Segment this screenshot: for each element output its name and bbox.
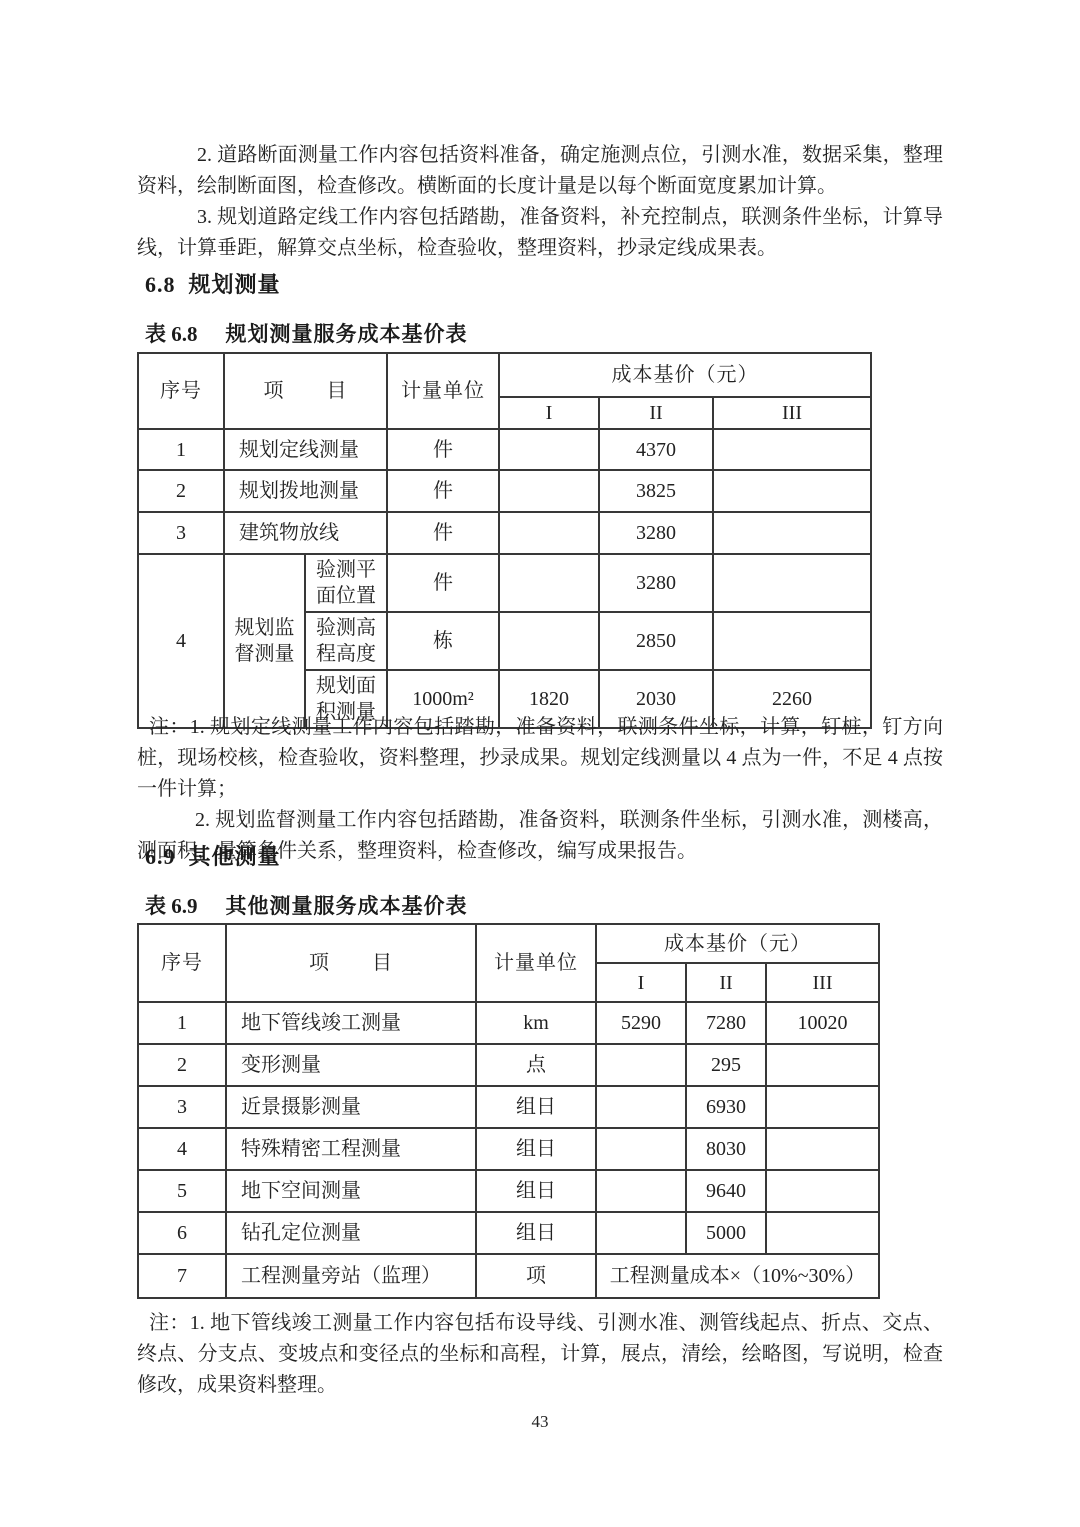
section-number: 6.8 xyxy=(145,272,176,297)
table-name: 规划测量服务成本基价表 xyxy=(226,322,468,346)
note-line: 注：1. 规划定线测量工作内容包括踏勘，准备资料，联测条件坐标，计算，钉桩，钉方… xyxy=(137,712,943,805)
table-6-9: 序号 项 目 计量单位 成本基价（元） I II III 1 地下管线竣工测量 … xyxy=(137,923,880,1299)
cell-seq: 7 xyxy=(138,1254,226,1298)
cell-grade3: 10020 xyxy=(766,1002,879,1044)
cell-grade1 xyxy=(596,1212,686,1254)
col-header-cost: 成本基价（元） xyxy=(596,924,879,963)
table-row: 5 地下空间测量 组日 9640 xyxy=(138,1170,879,1212)
col-header-grade2: II xyxy=(599,397,713,429)
cell-seq: 6 xyxy=(138,1212,226,1254)
table-row: 7 工程测量旁站（监理） 项 工程测量成本×（10%~30%） xyxy=(138,1254,879,1298)
cell-unit: 件 xyxy=(387,429,499,470)
cell-grade2: 3280 xyxy=(599,512,713,554)
table-row: 3 建筑物放线 件 3280 xyxy=(138,512,871,554)
table-6-9-caption: 表 6.9其他测量服务成本基价表 xyxy=(145,890,468,920)
cell-grade3 xyxy=(766,1086,879,1128)
cell-unit: 点 xyxy=(476,1044,596,1086)
cell-grade3 xyxy=(713,429,871,470)
cell-grade1 xyxy=(499,429,599,470)
table-label: 表 6.9 xyxy=(145,894,198,918)
cell-grade3 xyxy=(713,554,871,612)
cell-unit: 栋 xyxy=(387,612,499,670)
table-row: 1 规划定线测量 件 4370 xyxy=(138,429,871,470)
cell-seq: 4 xyxy=(138,1128,226,1170)
cell-grade2: 3280 xyxy=(599,554,713,612)
cell-grade1 xyxy=(596,1086,686,1128)
cell-unit: 件 xyxy=(387,470,499,512)
table-row: 2 规划拨地测量 件 3825 xyxy=(138,470,871,512)
col-header-unit: 计量单位 xyxy=(387,353,499,429)
cell-grade1 xyxy=(499,554,599,612)
cell-sub-item: 验测平面位置 xyxy=(305,554,387,612)
cell-item: 建筑物放线 xyxy=(224,512,387,554)
cell-group-item: 规划监督测量 xyxy=(224,554,305,728)
section-number: 6.9 xyxy=(145,844,176,869)
cell-grade2: 2850 xyxy=(599,612,713,670)
cell-grade3 xyxy=(766,1212,879,1254)
cell-unit: 组日 xyxy=(476,1086,596,1128)
note-line: 注：1. 地下管线竣工测量工作内容包括布设导线、引测水准、测管线起点、折点、交点… xyxy=(137,1308,943,1401)
cell-item: 规划拨地测量 xyxy=(224,470,387,512)
cell-unit: 组日 xyxy=(476,1128,596,1170)
cell-grade1 xyxy=(596,1170,686,1212)
cell-item: 特殊精密工程测量 xyxy=(226,1128,476,1170)
col-header-seq: 序号 xyxy=(138,353,224,429)
cell-grade2: 8030 xyxy=(686,1128,766,1170)
col-header-grade3: III xyxy=(766,963,879,1002)
cell-unit: 件 xyxy=(387,554,499,612)
table-row: 3 近景摄影测量 组日 6930 xyxy=(138,1086,879,1128)
cell-unit: km xyxy=(476,1002,596,1044)
cell-grade1: 5290 xyxy=(596,1002,686,1044)
cell-grade3 xyxy=(766,1128,879,1170)
cell-grade2: 4370 xyxy=(599,429,713,470)
page-number: 43 xyxy=(0,1412,1080,1432)
table-row: 1 地下管线竣工测量 km 5290 7280 10020 xyxy=(138,1002,879,1044)
table-6-8: 序号 项 目 计量单位 成本基价（元） I II III 1 规划定线测量 件 … xyxy=(137,352,872,729)
table-row: 序号 项 目 计量单位 成本基价（元） xyxy=(138,924,879,963)
cell-seq: 1 xyxy=(138,1002,226,1044)
cell-item: 地下空间测量 xyxy=(226,1170,476,1212)
cell-seq: 2 xyxy=(138,470,224,512)
table-row: 序号 项 目 计量单位 成本基价（元） xyxy=(138,353,871,397)
cell-grade3 xyxy=(766,1170,879,1212)
section-title: 其他测量 xyxy=(189,844,281,869)
table-label: 表 6.8 xyxy=(145,322,198,346)
col-header-seq: 序号 xyxy=(138,924,226,1002)
cell-cost-formula: 工程测量成本×（10%~30%） xyxy=(596,1254,879,1298)
cell-grade3 xyxy=(713,612,871,670)
cell-item: 规划定线测量 xyxy=(224,429,387,470)
cell-item: 工程测量旁站（监理） xyxy=(226,1254,476,1298)
cell-seq: 1 xyxy=(138,429,224,470)
cell-item: 变形测量 xyxy=(226,1044,476,1086)
intro-paragraph-3: 3. 规划道路定线工作内容包括踏勘，准备资料，补充控制点，联测条件坐标，计算导线… xyxy=(137,202,943,264)
cell-grade2: 7280 xyxy=(686,1002,766,1044)
cell-grade1 xyxy=(596,1128,686,1170)
cell-sub-item: 验测高程高度 xyxy=(305,612,387,670)
table-row: 4 规划监督测量 验测平面位置 件 3280 xyxy=(138,554,871,612)
cell-grade2: 5000 xyxy=(686,1212,766,1254)
cell-unit: 组日 xyxy=(476,1170,596,1212)
table-6-8-caption: 表 6.8规划测量服务成本基价表 xyxy=(145,318,468,348)
cell-grade2: 3825 xyxy=(599,470,713,512)
section-title: 规划测量 xyxy=(189,272,281,297)
cell-seq: 4 xyxy=(138,554,224,728)
cell-grade1 xyxy=(499,470,599,512)
col-header-grade3: III xyxy=(713,397,871,429)
cell-grade2: 9640 xyxy=(686,1170,766,1212)
table-row: 2 变形测量 点 295 xyxy=(138,1044,879,1086)
cell-seq: 2 xyxy=(138,1044,226,1086)
cell-item: 近景摄影测量 xyxy=(226,1086,476,1128)
cell-grade1 xyxy=(499,512,599,554)
cell-unit: 件 xyxy=(387,512,499,554)
cell-item: 地下管线竣工测量 xyxy=(226,1002,476,1044)
col-header-grade1: I xyxy=(499,397,599,429)
cell-grade1 xyxy=(596,1044,686,1086)
col-header-grade2: II xyxy=(686,963,766,1002)
col-header-cost: 成本基价（元） xyxy=(499,353,871,397)
table-name: 其他测量服务成本基价表 xyxy=(226,894,468,918)
cell-unit: 组日 xyxy=(476,1212,596,1254)
intro-paragraph-2: 2. 道路断面测量工作内容包括资料准备，确定施测点位，引测水准，数据采集，整理资… xyxy=(137,140,943,202)
cell-grade3 xyxy=(713,470,871,512)
col-header-grade1: I xyxy=(596,963,686,1002)
cell-grade3 xyxy=(766,1044,879,1086)
cell-unit: 项 xyxy=(476,1254,596,1298)
cell-seq: 5 xyxy=(138,1170,226,1212)
section-6-8-heading: 6.8规划测量 xyxy=(145,268,281,299)
cell-grade3 xyxy=(713,512,871,554)
cell-seq: 3 xyxy=(138,1086,226,1128)
intro-paragraphs: 2. 道路断面测量工作内容包括资料准备，确定施测点位，引测水准，数据采集，整理资… xyxy=(137,140,943,264)
section-6-9-heading: 6.9其他测量 xyxy=(145,840,281,871)
cell-seq: 3 xyxy=(138,512,224,554)
cell-grade1 xyxy=(499,612,599,670)
document-page: 2. 道路断面测量工作内容包括资料准备，确定施测点位，引测水准，数据采集，整理资… xyxy=(0,0,1080,1527)
cell-grade2: 6930 xyxy=(686,1086,766,1128)
table-row: 6 钻孔定位测量 组日 5000 xyxy=(138,1212,879,1254)
col-header-unit: 计量单位 xyxy=(476,924,596,1002)
table-6-9-notes: 注：1. 地下管线竣工测量工作内容包括布设导线、引测水准、测管线起点、折点、交点… xyxy=(137,1308,943,1401)
cell-grade2: 295 xyxy=(686,1044,766,1086)
table-row: 4 特殊精密工程测量 组日 8030 xyxy=(138,1128,879,1170)
cell-item: 钻孔定位测量 xyxy=(226,1212,476,1254)
col-header-item: 项 目 xyxy=(224,353,387,429)
col-header-item: 项 目 xyxy=(226,924,476,1002)
